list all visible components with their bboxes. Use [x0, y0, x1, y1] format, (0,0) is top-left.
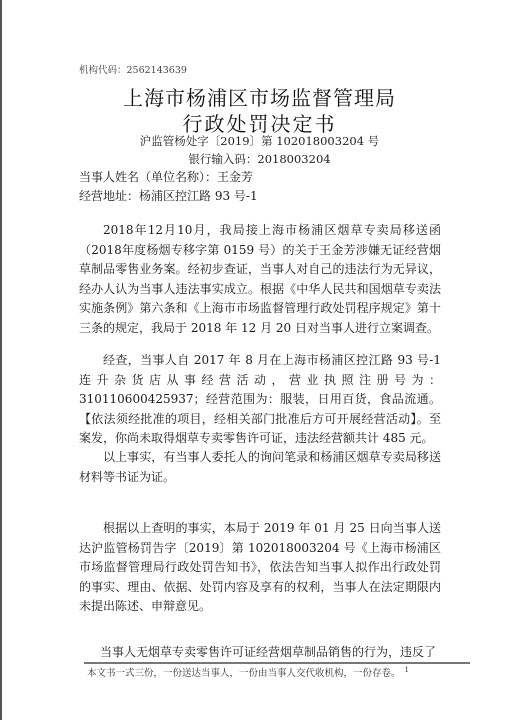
paragraph-evidence: 以上事实，有当事人委托人的询问笔录和杨浦区烟草专卖局移送材料等书证为证。	[79, 448, 441, 487]
footnote-text: 本文书一式三份，一份送达当事人，一份由当事人交代收机构，一份存卷。	[87, 668, 401, 679]
continuation-line: 当事人无烟草专卖零售许可证经营烟草制品销售的行为，违反了	[84, 643, 436, 660]
paragraph-case-transfer: 2018年12月10月，我局接上海市杨浦区烟草专卖局移送函（2018年度杨烟专移…	[79, 221, 441, 338]
footnote-divider	[84, 662, 470, 664]
paragraph-text: 2018年12月10月，我局接上海市杨浦区烟草专卖局移送函（2018年度杨烟专移…	[79, 221, 441, 338]
document-page: 机构代码：2562143639 上海市杨浦区市场监督管理局 行政处罚决定书 沪监…	[0, 0, 519, 720]
footnote: 本文书一式三份，一份送达当事人，一份由当事人交代收机构，一份存卷。1	[87, 665, 409, 679]
paragraph-investigation-findings: 经查，当事人自 2017 年 8 月在上海市杨浦区控江路 93 号-1 连升杂货…	[79, 351, 441, 449]
issuing-authority-title: 上海市杨浦区市场监督管理局	[0, 82, 519, 111]
org-code: 机构代码：2562143639	[79, 62, 187, 76]
paragraph-text: 以上事实，有当事人委托人的询问笔录和杨浦区烟草专卖局移送材料等书证为证。	[79, 448, 441, 487]
document-number: 沪监管杨处字〔2019〕第 102018003204 号	[0, 133, 519, 149]
paragraph-text: 经查，当事人自 2017 年 8 月在上海市杨浦区控江路 93 号-1 连升杂货…	[79, 351, 441, 449]
paragraph-notice-served: 根据以上查明的事实，本局于 2019 年 01 月 25 日向当事人送达沪监管杨…	[79, 519, 441, 617]
bank-input-code: 银行输入码：2018003204	[0, 151, 519, 167]
paragraph-text: 根据以上查明的事实，本局于 2019 年 01 月 25 日向当事人送达沪监管杨…	[79, 519, 441, 617]
business-address: 经营地址：杨浦区控江路 93 号-1	[79, 187, 258, 204]
party-name: 当事人姓名（单位名称）：王金芳	[79, 168, 253, 185]
footnote-marker: 1	[405, 666, 409, 674]
